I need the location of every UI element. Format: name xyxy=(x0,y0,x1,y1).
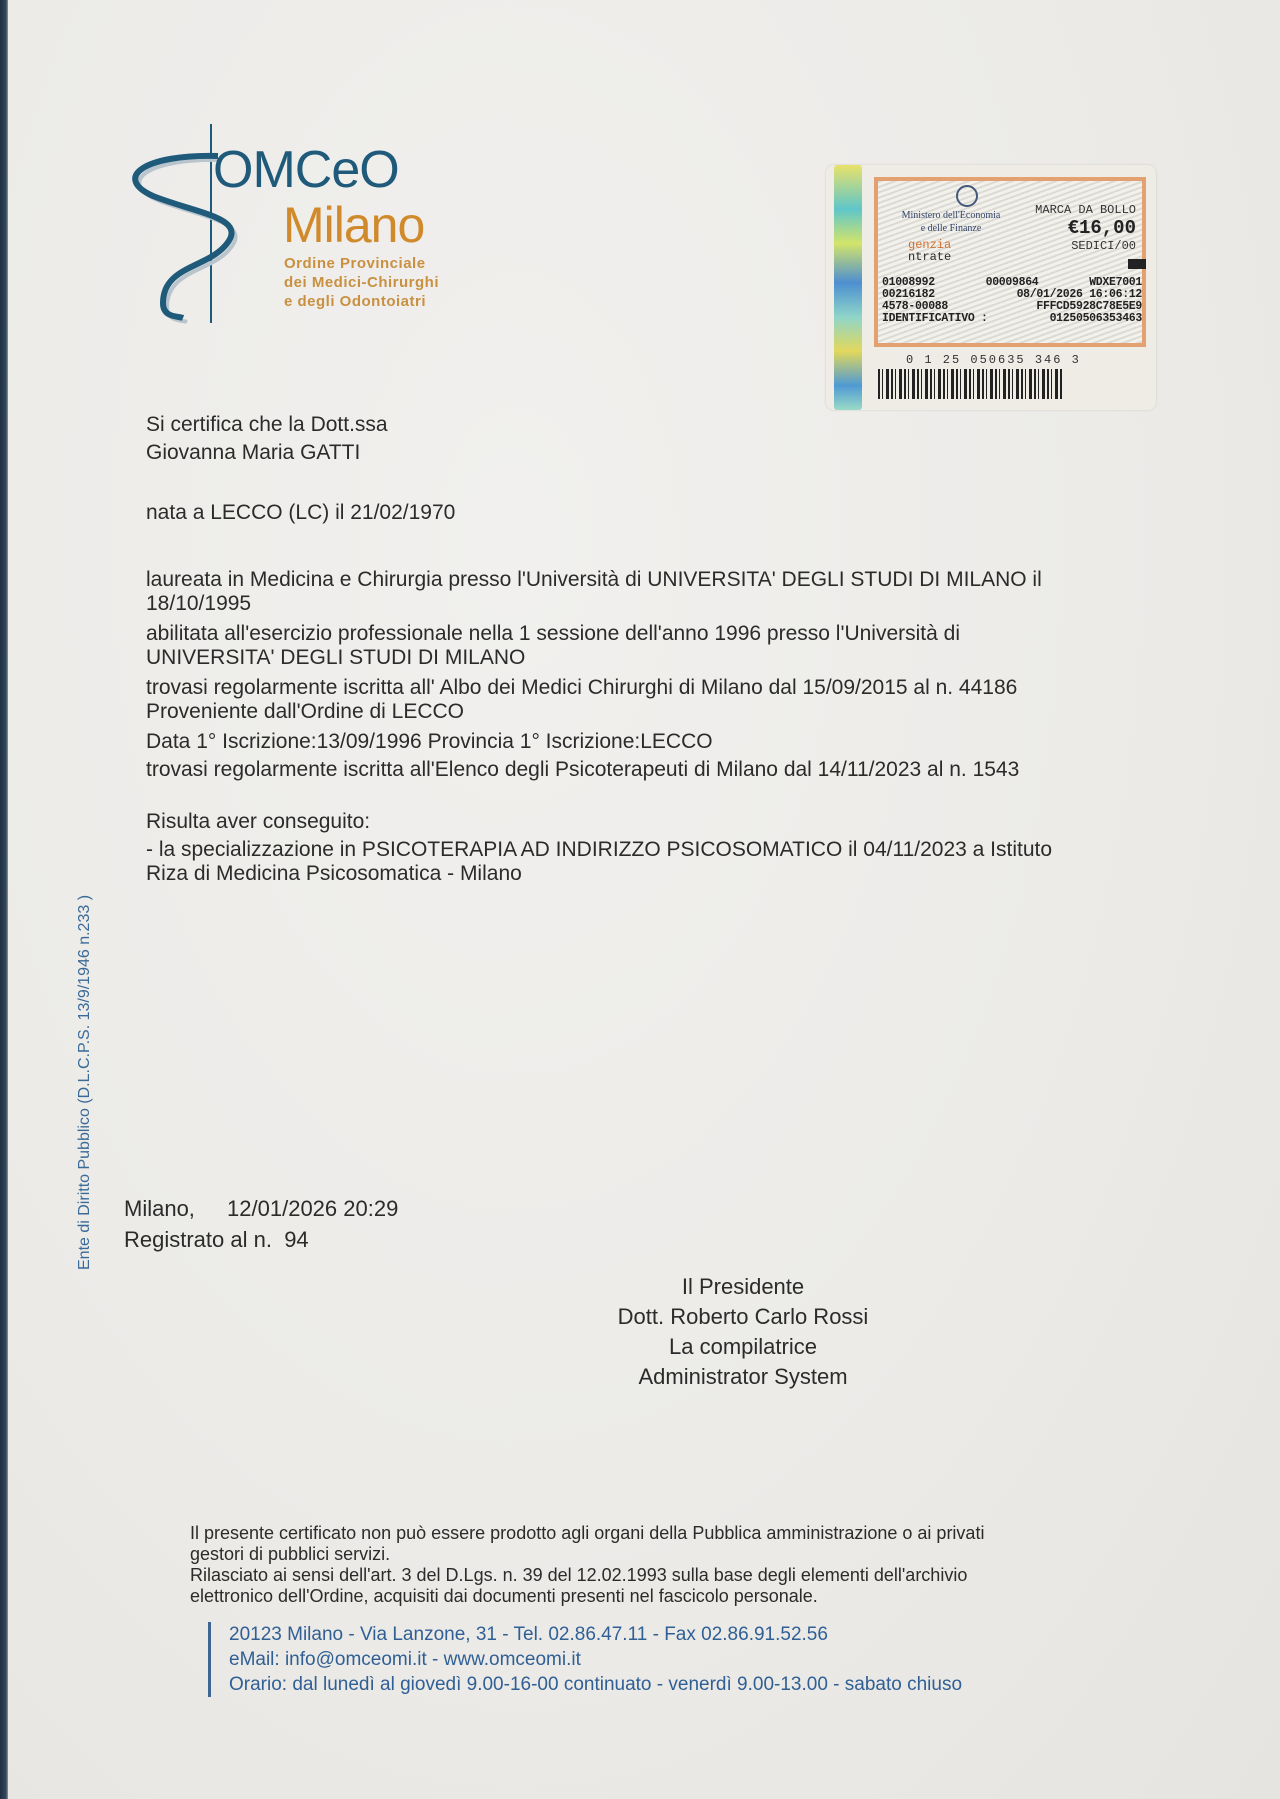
disclaimer-line: Il presente certificato non può essere p… xyxy=(190,1523,1110,1544)
detail-line: trovasi regolarmente iscritta all'Elenco… xyxy=(146,758,1146,782)
revenue-stamp: Ministero dell'Economia e delle Finanze … xyxy=(826,165,1156,410)
stamp-code-row: IDENTIFICATIVO : 01250506353463 xyxy=(882,313,1142,325)
hologram-strip xyxy=(834,165,862,410)
detail-line: Data 1° Iscrizione:13/09/1996 Provincia … xyxy=(146,730,1146,754)
stamp-id-value: 01250506353463 xyxy=(1050,313,1142,325)
ministry-line: Ministero dell'Economia xyxy=(886,209,1016,222)
issue-place-date: Milano, 12/01/2026 20:29 xyxy=(124,1193,398,1224)
signature-line: La compilatrice xyxy=(588,1332,898,1362)
contact-hours: Orario: dal lunedì al giovedì 9.00-16-00… xyxy=(229,1672,962,1697)
agency-logo: genzia ntrate xyxy=(908,239,951,263)
logo-city: Milano xyxy=(283,196,424,254)
stamp-face: Ministero dell'Economia e delle Finanze … xyxy=(874,177,1146,347)
signature-line: Il Presidente xyxy=(588,1272,898,1302)
ministry-line: e delle Finanze xyxy=(886,222,1016,235)
republic-emblem-icon xyxy=(956,185,978,207)
disclaimer-line: elettronico dell'Ordine, acquisiti dai d… xyxy=(190,1586,1110,1607)
barcode-number: 0 1 25 050635 346 3 xyxy=(906,353,1081,367)
stamp-id-label: IDENTIFICATIVO : xyxy=(882,313,988,325)
stamp-value: €16,00 xyxy=(1068,217,1136,239)
stamp-ministry: Ministero dell'Economia e delle Finanze xyxy=(886,209,1016,235)
detail-line: Proveniente dall'Ordine di LECCO xyxy=(146,700,1146,724)
qualification-line: Riza di Medicina Psicosomatica - Milano xyxy=(146,862,1146,886)
certificate-page: OMCeO Milano Ordine Provinciale dei Medi… xyxy=(8,0,1280,1799)
signature-line: Administrator System xyxy=(588,1362,898,1392)
certificate-details: laureata in Medicina e Chirurgia presso … xyxy=(146,568,1146,782)
intro-line: Si certifica che la Dott.ssa xyxy=(146,413,388,437)
disclaimer-line: gestori di pubblici servizi. xyxy=(190,1544,1110,1565)
qualifications-heading: Risulta aver conseguito: xyxy=(146,810,1146,834)
contact-address: 20123 Milano - Via Lanzone, 31 - Tel. 02… xyxy=(229,1622,962,1647)
certificate-intro: Si certifica che la Dott.ssa Giovanna Ma… xyxy=(146,413,388,465)
detail-line: UNIVERSITA' DEGLI STUDI DI MILANO xyxy=(146,646,1146,670)
issue-datetime: 12/01/2026 20:29 xyxy=(227,1196,398,1221)
stamp-title: MARCA DA BOLLO xyxy=(1035,203,1136,217)
qualification-line: - la specializzazione in PSICOTERAPIA AD… xyxy=(146,838,1146,862)
signature-line: Dott. Roberto Carlo Rossi xyxy=(588,1302,898,1332)
logo-subtitle: Ordine Provinciale dei Medici-Chirurghi … xyxy=(284,254,439,311)
omceo-logo: OMCeO Milano Ordine Provinciale dei Medi… xyxy=(123,118,523,338)
registration-number: Registrato al n. 94 xyxy=(124,1224,398,1255)
disclaimer-line: Rilasciato ai sensi dell'art. 3 del D.Lg… xyxy=(190,1565,1110,1586)
logo-acronym: OMCeO xyxy=(213,140,399,200)
issue-place: Milano, xyxy=(124,1196,195,1221)
birth-info: nata a LECCO (LC) il 21/02/1970 xyxy=(146,501,455,525)
detail-line: trovasi regolarmente iscritta all' Albo … xyxy=(146,676,1146,700)
barcode xyxy=(878,369,1063,399)
legal-status-note: Ente di Diritto Pubblico (D.L.C.P.S. 13/… xyxy=(76,895,94,1270)
logo-subtitle-line: e degli Odontoiatri xyxy=(284,292,439,311)
stamp-mark xyxy=(1128,259,1146,269)
legal-disclaimer: Il presente certificato non può essere p… xyxy=(190,1523,1110,1607)
doctor-name: Giovanna Maria GATTI xyxy=(146,441,388,465)
contact-email-web: eMail: info@omceomi.it - www.omceomi.it xyxy=(229,1647,962,1672)
stamp-codes: 01008992 00009864 WDXE7001 00216182 08/0… xyxy=(882,277,1142,325)
logo-subtitle-line: Ordine Provinciale xyxy=(284,254,439,273)
agency-line: ntrate xyxy=(908,250,951,264)
contact-footer: 20123 Milano - Via Lanzone, 31 - Tel. 02… xyxy=(208,1622,962,1697)
detail-line: laureata in Medicina e Chirurgia presso … xyxy=(146,568,1146,592)
qualifications: Risulta aver conseguito: - la specializz… xyxy=(146,810,1146,886)
detail-line: abilitata all'esercizio professionale ne… xyxy=(146,622,1146,646)
signature-block: Il Presidente Dott. Roberto Carlo Rossi … xyxy=(588,1272,898,1392)
issue-info: Milano, 12/01/2026 20:29 Registrato al n… xyxy=(124,1193,398,1255)
stamp-value-words: SEDICI/00 xyxy=(1071,239,1136,253)
logo-subtitle-line: dei Medici-Chirurghi xyxy=(284,273,439,292)
detail-line: 18/10/1995 xyxy=(146,592,1146,616)
